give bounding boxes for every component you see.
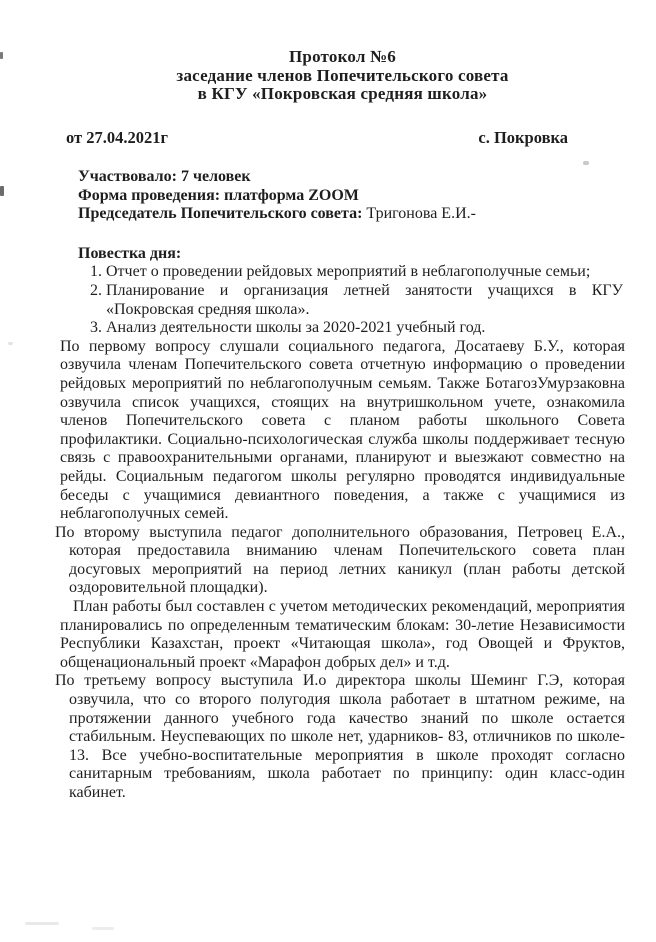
agenda-item-1: Отчет о проведении рейдовых мероприятий … xyxy=(106,263,625,282)
paragraph-work-plan: План работы был составлен с учетом метод… xyxy=(60,598,625,672)
date-place-row: от 27.04.2021г с. Покровка xyxy=(60,129,625,148)
document-title: Протокол №6 заседание членов Попечительс… xyxy=(60,48,625,104)
body-paragraphs: По первому вопросу слушали социального п… xyxy=(60,338,625,803)
agenda-item-2: Планирование и организация летней занято… xyxy=(106,282,625,319)
scan-speckle xyxy=(92,927,114,930)
agenda-heading: Повестка дня: xyxy=(78,245,625,264)
meta-chairman-value: Тригонова Е.И.- xyxy=(362,205,476,222)
scan-speckle xyxy=(583,161,589,165)
paragraph-second-question: По второму выступила педагог дополнитель… xyxy=(69,524,625,598)
agenda-item-3: Анализ деятельности школы за 2020-2021 у… xyxy=(106,319,625,338)
title-line-3: в КГУ «Покровская средняя школа» xyxy=(60,85,625,104)
meta-block: Участвовало: 7 человек Форма проведения:… xyxy=(78,168,625,224)
protocol-place: с. Покровка xyxy=(478,129,568,148)
protocol-date: от 27.04.2021г xyxy=(66,129,168,148)
scan-speckle xyxy=(8,342,13,345)
meta-participants-label: Участвовало: 7 человек xyxy=(78,168,251,185)
scan-speckle xyxy=(0,186,4,196)
meta-format-label: Форма проведения: платформа ZOOM xyxy=(78,187,359,204)
title-line-2: заседание членов Попечительского совета xyxy=(60,67,625,86)
scan-speckle xyxy=(25,922,59,925)
paragraph-first-question: По первому вопросу слушали социального п… xyxy=(60,338,625,524)
document-page: Протокол №6 заседание членов Попечительс… xyxy=(0,0,656,942)
agenda-section: Повестка дня: Отчет о проведении рейдовы… xyxy=(60,245,625,338)
paragraph-third-question: По третьему вопросу выступила И.о директ… xyxy=(69,672,625,802)
meta-format: Форма проведения: платформа ZOOM xyxy=(78,187,625,206)
meta-participants: Участвовало: 7 человек xyxy=(78,168,625,187)
title-line-1: Протокол №6 xyxy=(60,48,625,67)
agenda-list: Отчет о проведении рейдовых мероприятий … xyxy=(60,263,625,337)
meta-chairman: Председатель Попечительского совета: Три… xyxy=(78,205,625,224)
meta-chairman-label: Председатель Попечительского совета: xyxy=(78,205,362,222)
scan-speckle xyxy=(0,52,3,59)
